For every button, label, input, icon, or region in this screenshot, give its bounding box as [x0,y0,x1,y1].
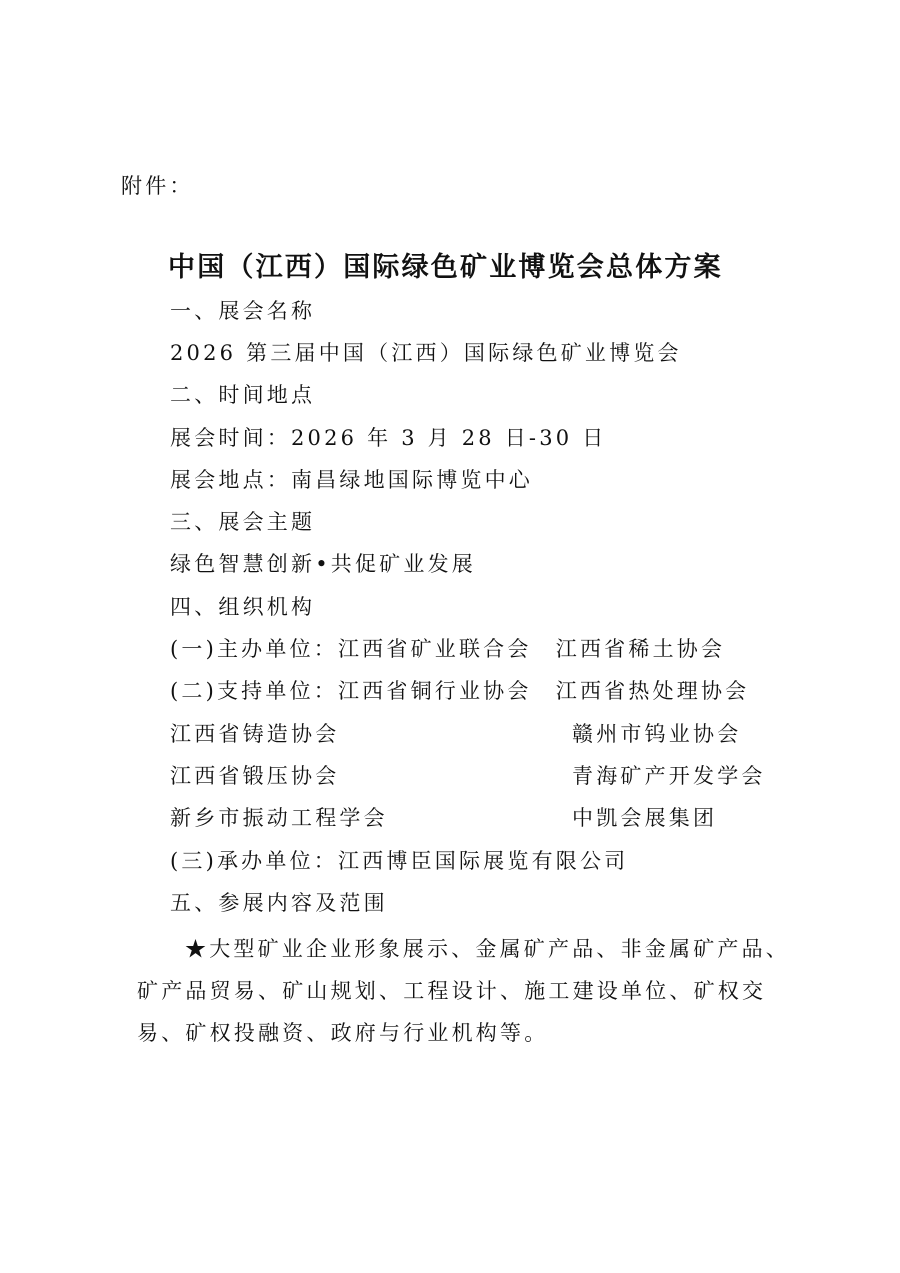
section-heading-theme: 三、展会主题 [170,508,315,536]
expo-theme: 绿色智慧创新•共促矿业发展 [170,550,476,578]
expo-name: 2026 第三届中国（江西）国际绿色矿业博览会 [170,339,682,367]
support-unit-left: 江西省锻压协会 [170,764,339,788]
support-unit-right: 赣州市钨业协会 [572,720,741,748]
section-heading-scope: 五、参展内容及范围 [170,889,388,917]
section-heading-name: 一、展会名称 [170,297,315,325]
attachment-label: 附件： [121,172,194,200]
host-units: (一)主办单位：江西省矿业联合会 江西省稀土协会 [170,635,725,663]
organizer-unit: (三)承办单位：江西博臣国际展览有限公司 [170,847,628,875]
section-heading-organization: 四、组织机构 [170,593,315,621]
support-unit-left: 新乡市振动工程学会 [170,806,388,830]
support-unit-right: 中凯会展集团 [572,804,717,832]
support-unit-right: 青海矿产开发学会 [572,762,766,790]
document-title: 中国（江西）国际绿色矿业博览会总体方案 [168,250,723,286]
support-unit-left: 江西省铸造协会 [170,722,339,746]
section-heading-time-place: 二、时间地点 [170,381,315,409]
support-row: 新乡市振动工程学会 中凯会展集团 [170,804,770,832]
support-row: 江西省铸造协会 赣州市钨业协会 [170,720,770,748]
scope-paragraph: ★大型矿业企业形象展示、金属矿产品、非金属矿产品、矿产品贸易、矿山规划、工程设计… [137,928,797,1054]
expo-venue: 展会地点：南昌绿地国际博览中心 [170,466,533,494]
support-units: (二)支持单位：江西省铜行业协会 江西省热处理协会 [170,677,749,705]
expo-time: 展会时间：2026 年 3 月 28 日-30 日 [170,424,606,452]
document-page: 附件： 中国（江西）国际绿色矿业博览会总体方案 一、展会名称 2026 第三届中… [0,0,900,1273]
support-row: 江西省锻压协会 青海矿产开发学会 [170,762,770,790]
